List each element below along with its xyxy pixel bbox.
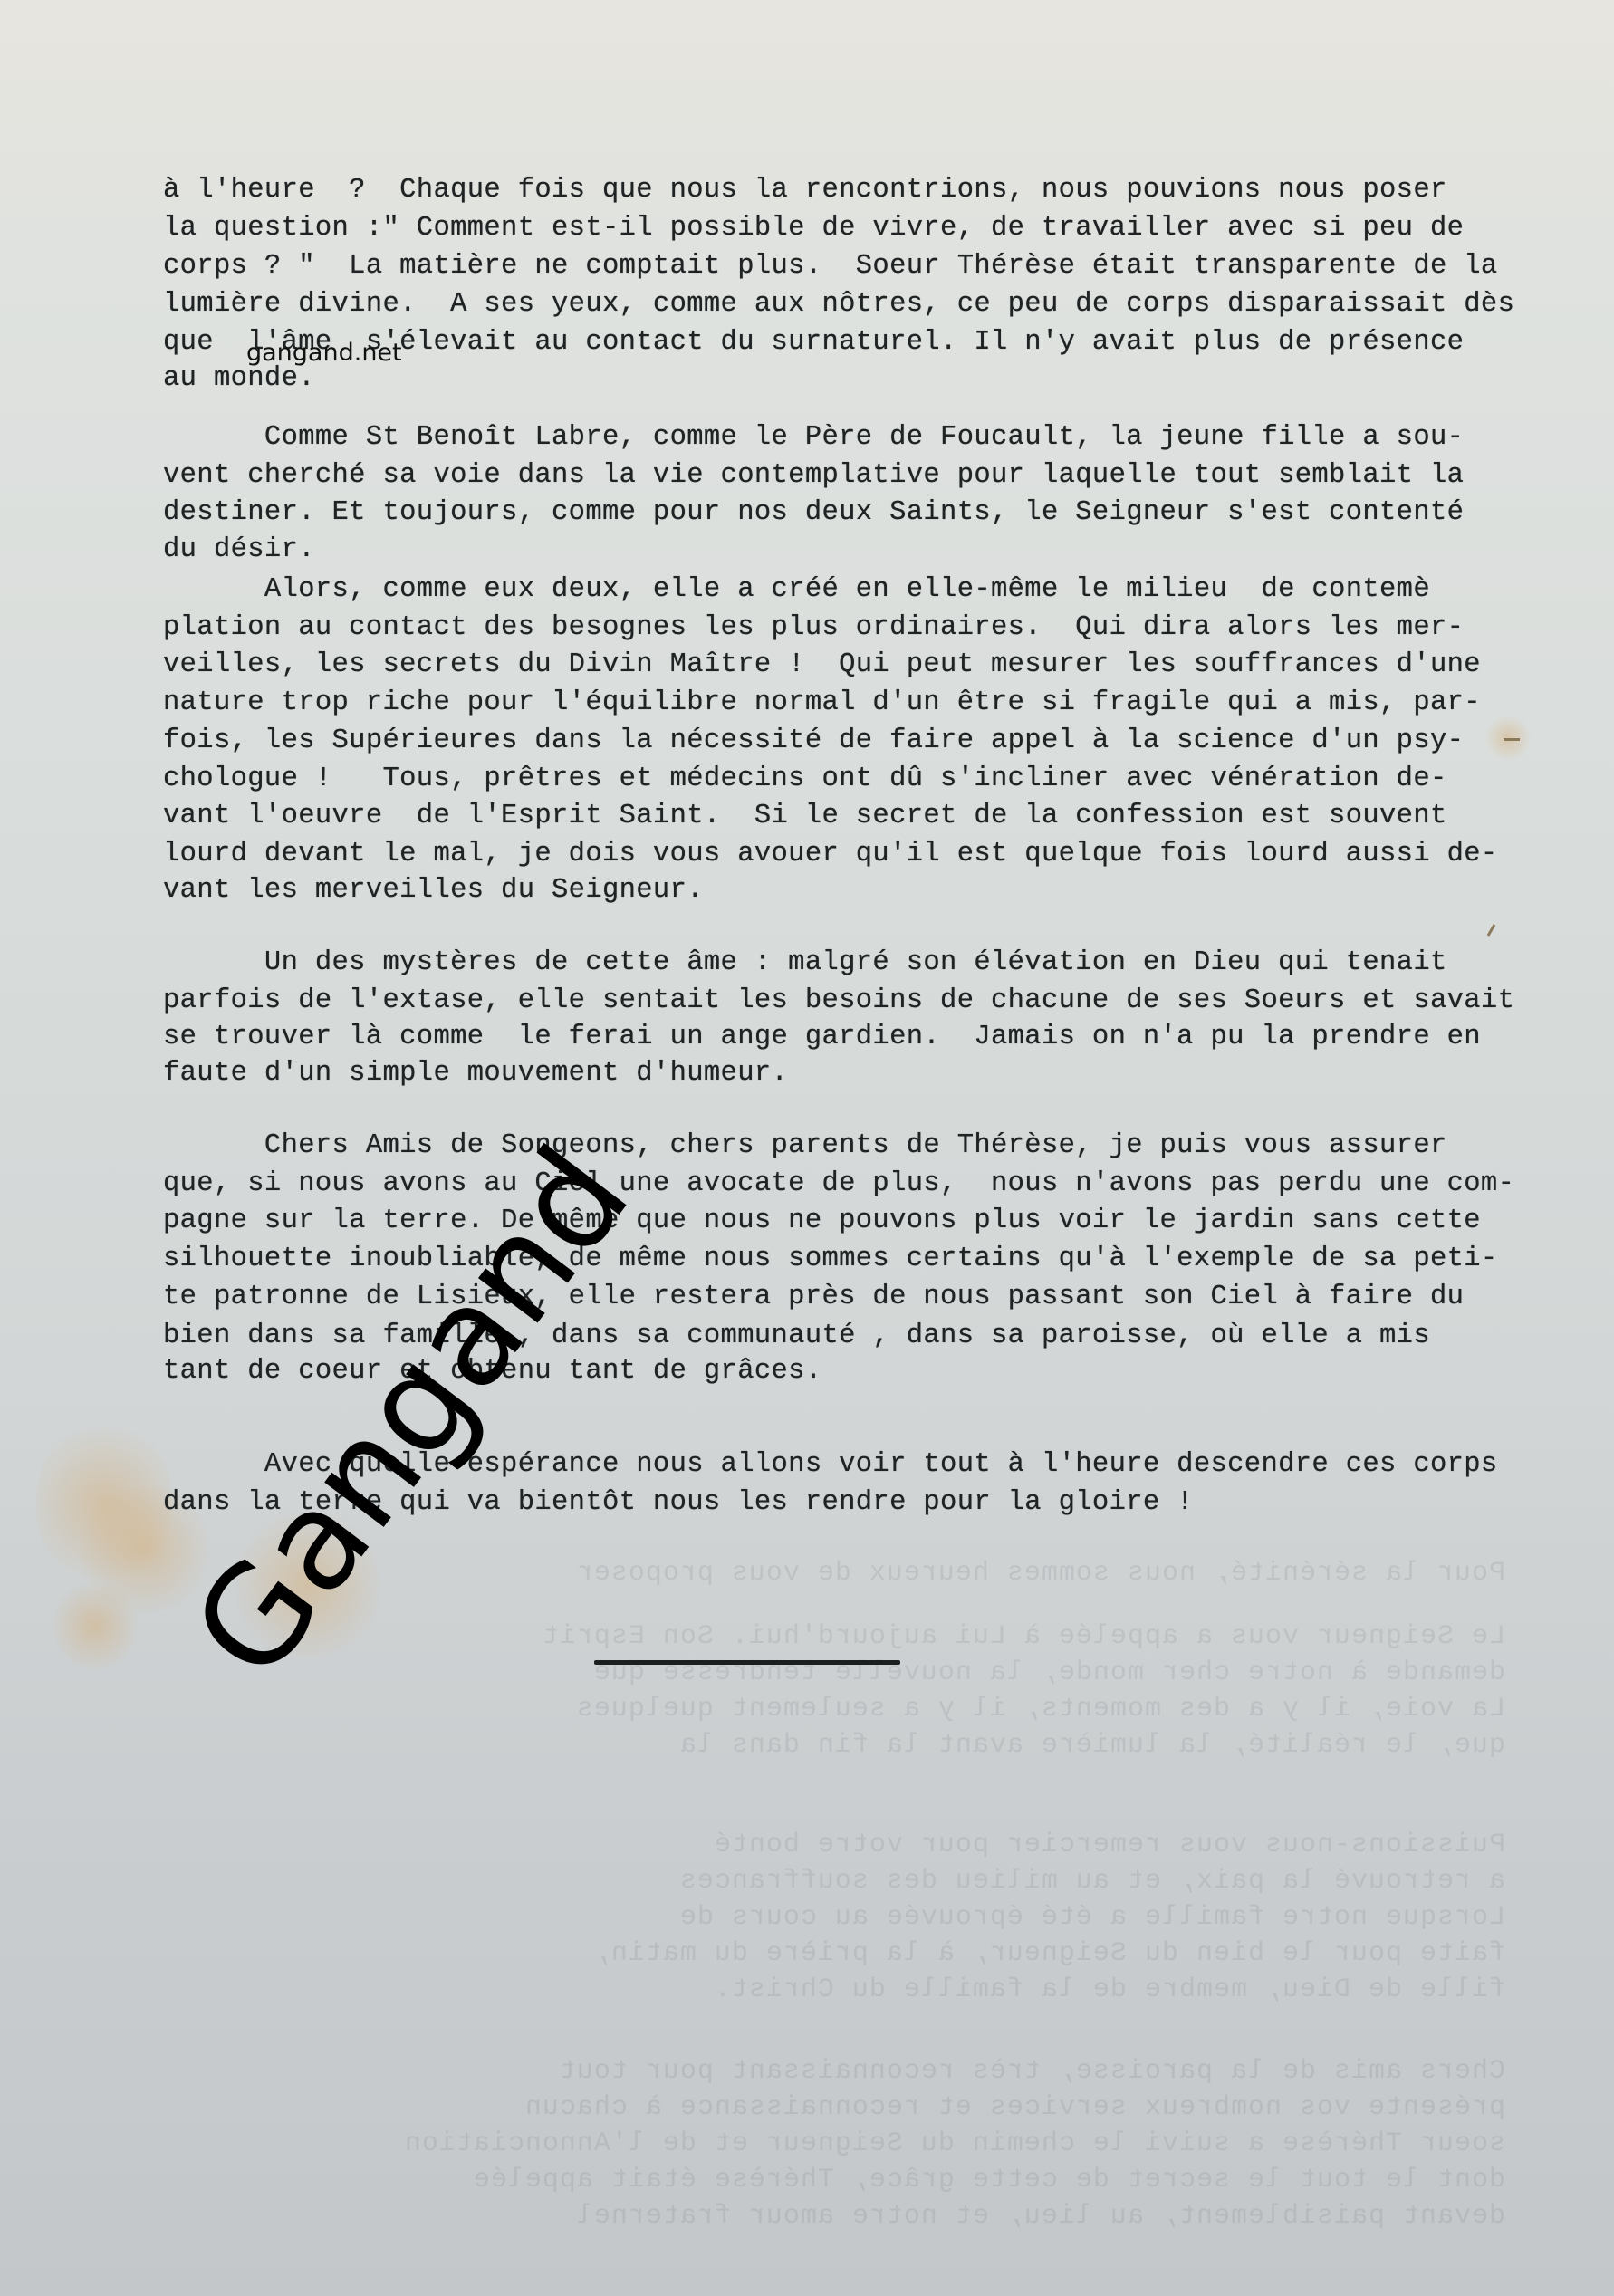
text-line: la question :" Comment est-il possible d…: [163, 215, 1464, 243]
text-line: Un des mystères de cette âme : malgré so…: [163, 949, 1447, 977]
paper-stain: [54, 1576, 136, 1676]
ink-mark: [1487, 924, 1496, 937]
text-line: vant l'oeuvre de l'Esprit Saint. Si le s…: [163, 802, 1447, 831]
text-line: bien dans sa famille , dans sa communaut…: [163, 1322, 1430, 1350]
text-line: du désir.: [163, 536, 315, 564]
text-line: silhouette inoubliable, de même nous som…: [163, 1245, 1498, 1273]
bleed-through-text: La voie, il y a des moments, il y a seul…: [136, 1694, 1505, 1724]
text-line: vant les merveilles du Seigneur.: [163, 877, 704, 905]
text-line: se trouver là comme le ferai un ange gar…: [163, 1023, 1481, 1052]
ink-mark: [1504, 738, 1520, 741]
bleed-through-text: Puissions-nous vous remercier pour votre…: [136, 1830, 1505, 1860]
text-line: lourd devant le mal, je dois vous avouer…: [163, 841, 1498, 869]
bleed-through-text: devant paisiblement, au lieu, et notre a…: [136, 2201, 1505, 2232]
text-line: vent cherché sa voie dans la vie contemp…: [163, 462, 1464, 490]
separator-rule: [594, 1660, 900, 1665]
text-line: chologue ! Tous, prêtres et médecins ont…: [163, 765, 1447, 793]
bleed-through-text: soeur Thérèse a suivi le chemin du Seign…: [136, 2128, 1505, 2159]
text-line: Comme St Benoît Labre, comme le Père de …: [163, 424, 1464, 452]
text-line: Chers Amis de Songeons, chers parents de…: [163, 1132, 1447, 1160]
bleed-through-text: dont le tout le secret de cette grâce, T…: [136, 2165, 1505, 2195]
text-line: fois, les Supérieures dans la nécessité …: [163, 727, 1464, 755]
bleed-through-text: Chers amis de la paroisse, très reconnai…: [136, 2056, 1505, 2087]
text-line: Alors, comme eux deux, elle a créé en el…: [163, 576, 1430, 604]
text-line: corps ? " La matière ne comptait plus. S…: [163, 253, 1498, 281]
text-line: à l'heure ? Chaque fois que nous la renc…: [163, 177, 1447, 205]
text-line: nature trop riche pour l'équilibre norma…: [163, 689, 1481, 717]
watermark-url: gangand.net: [246, 339, 402, 367]
bleed-through-text: présente vos nombreux services et reconn…: [136, 2092, 1505, 2123]
text-line: veilles, les secrets du Divin Maître ! Q…: [163, 651, 1481, 679]
bleed-through-text: que, le réalité, la lumière avant la fin…: [136, 1730, 1505, 1761]
bleed-through-text: faite pour le bien du Seigneur, à la pri…: [136, 1938, 1505, 1969]
bleed-through-text: fille de Dieu, membre de la famille du C…: [136, 1974, 1505, 2005]
text-line: te patronne de Lisieux, elle restera prè…: [163, 1283, 1464, 1311]
bleed-through-text: Lorsque notre famille a été éprouvée au …: [136, 1902, 1505, 1933]
text-line: que, si nous avons au Ciel une avocate d…: [163, 1170, 1514, 1198]
text-line: parfois de l'extase, elle sentait les be…: [163, 987, 1514, 1015]
text-line: destiner. Et toujours, comme pour nos de…: [163, 499, 1464, 527]
text-line: faute d'un simple mouvement d'humeur.: [163, 1060, 788, 1088]
text-line: pagne sur la terre. De même que nous ne …: [163, 1207, 1481, 1235]
text-line: au monde.: [163, 365, 315, 393]
text-line: plation au contact des besognes les plus…: [163, 614, 1464, 642]
text-line: lumière divine. A ses yeux, comme aux nô…: [163, 291, 1514, 319]
bleed-through-text: a retrouvé la paix, et au milieu des sou…: [136, 1866, 1505, 1897]
